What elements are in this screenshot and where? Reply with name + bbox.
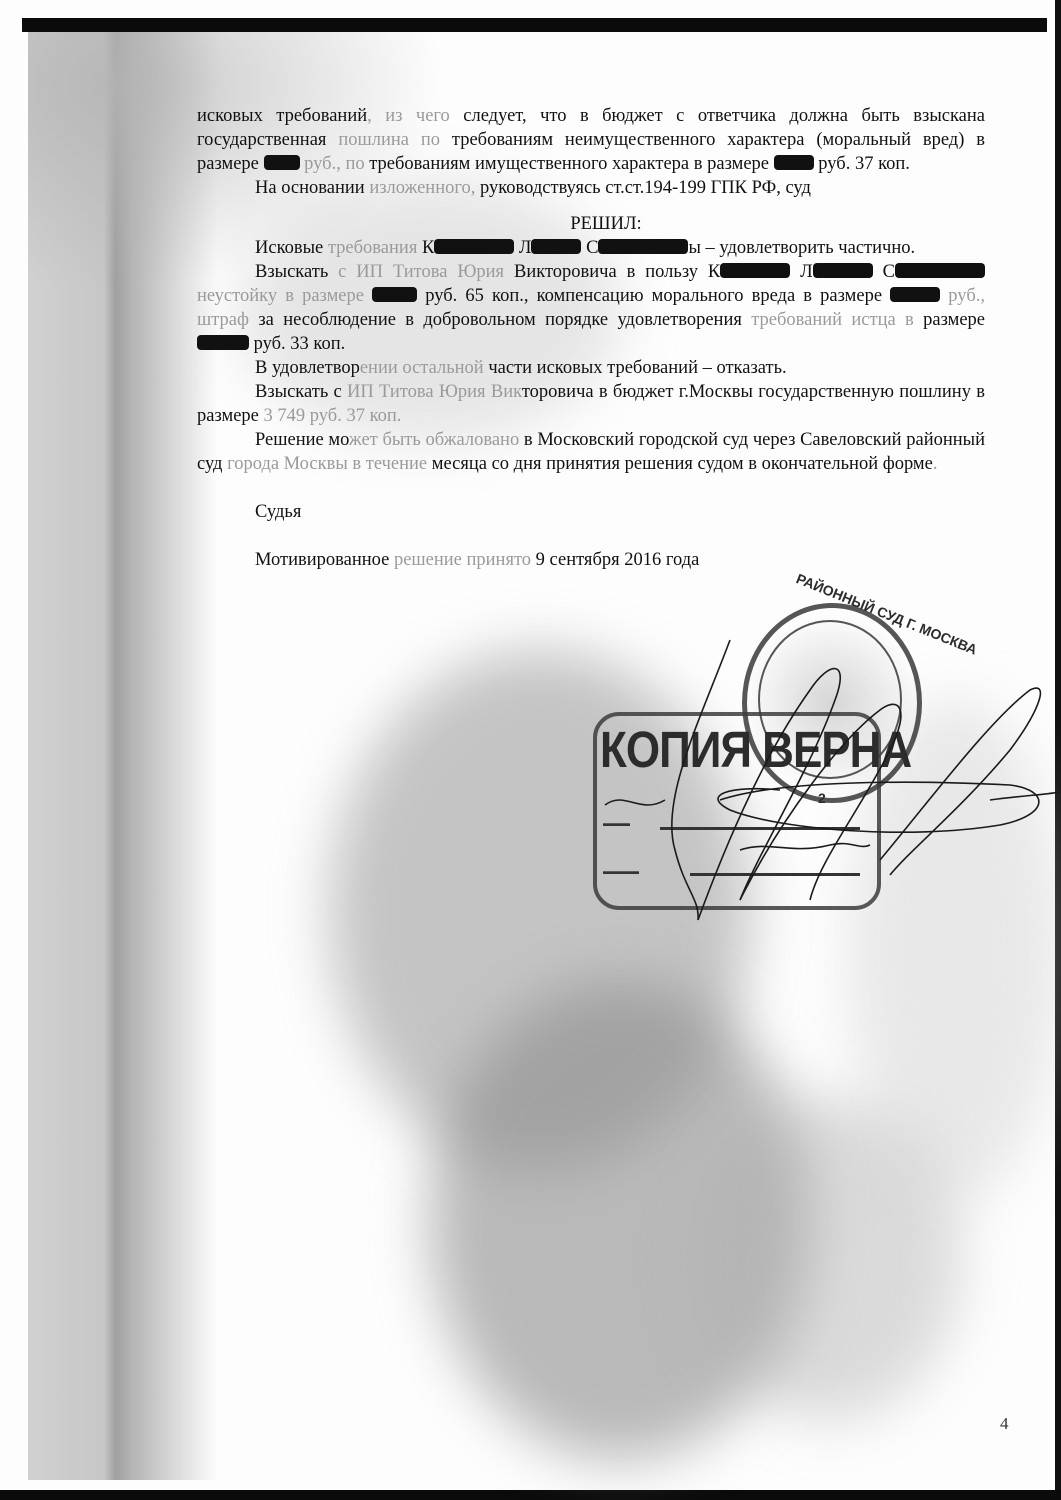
text-segment: требования <box>328 238 417 258</box>
text-segment: Л <box>790 262 812 282</box>
paragraph-basis: На основании изложенного, руководствуясь… <box>197 176 985 200</box>
text-segment: жет быть обжаловано <box>349 430 519 450</box>
text-segment: изложенного, <box>369 178 475 198</box>
motivated-decision-date: Мотивированное решение принято 9 сентябр… <box>197 548 985 572</box>
text-segment: города Москвы в течение <box>227 454 427 474</box>
text-segment: Л <box>514 238 531 258</box>
redaction-mark <box>264 155 300 170</box>
text-segment: с ИП Титова Юрия <box>338 262 504 282</box>
redaction-mark <box>197 335 249 350</box>
text-segment: 3 749 руб. 37 коп. <box>264 406 402 426</box>
text-segment: руководствуясь ст.ст.194-199 ГПК РФ, суд <box>475 178 811 198</box>
text-segment: неустойку в размере <box>197 286 372 306</box>
text-segment: 9 сентября 2016 года <box>531 550 699 570</box>
scan-border-bottom <box>0 1490 1061 1500</box>
text-segment: за несоблюдение в добровольном порядке у… <box>249 310 751 330</box>
intro-paragraphs: исковых требований, из чего следует, что… <box>197 104 985 200</box>
text-segment: Взыскать с <box>255 382 347 402</box>
paragraph-reject-rest: В удовлетворении остальной части исковых… <box>197 356 985 380</box>
text-segment: решение принято <box>394 550 531 570</box>
page-number: 4 <box>1000 1414 1009 1434</box>
paragraph-recover-plaintiff: Взыскать с ИП Титова Юрия Викторовича в … <box>197 260 985 356</box>
text-segment: исковых требований <box>197 106 367 126</box>
text-segment: руб. 33 коп. <box>249 334 345 354</box>
redaction-mark <box>531 239 581 254</box>
decision-paragraphs: Исковые требования К Л Сы – удовлетворит… <box>197 236 985 476</box>
redaction-mark <box>774 155 814 170</box>
paragraph-appeal: Решение может быть обжаловано в Московск… <box>197 428 985 476</box>
text-segment: ы – удовлетворить частично. <box>688 238 915 258</box>
scan-border-top <box>22 18 1047 32</box>
text-segment: Решение мо <box>255 430 349 450</box>
text-segment: К <box>417 238 434 258</box>
judge-label: Судья <box>197 500 985 524</box>
redaction-mark <box>895 263 985 278</box>
redaction-mark <box>372 287 417 302</box>
text-segment: . <box>933 454 938 474</box>
text-segment: руб., по <box>300 154 365 174</box>
text-segment: пошлина по <box>338 130 440 150</box>
text-segment: месяца со дня принятия решения судом в о… <box>427 454 933 474</box>
text-segment: На основании <box>255 178 369 198</box>
text-segment: ИП Титова Юрия Вик <box>347 382 522 402</box>
text-segment: ении остальной <box>360 358 489 378</box>
paragraph-claims-partial: Исковые требования К Л Сы – удовлетворит… <box>197 236 985 260</box>
redaction-mark <box>598 239 688 254</box>
text-segment: , из чего <box>367 106 463 126</box>
redaction-mark <box>434 239 514 254</box>
document-body: исковых требований, из чего следует, что… <box>197 104 985 572</box>
text-segment: Взыскать <box>255 262 338 282</box>
text-segment: руб. 37 коп. <box>814 154 910 174</box>
redaction-mark <box>813 263 873 278</box>
text-segment: требованиям имущественного характера в р… <box>365 154 774 174</box>
paragraph-recover-budget: Взыскать с ИП Титова Юрия Викторовича в … <box>197 380 985 428</box>
text-segment: Мотивированное <box>255 550 394 570</box>
text-segment: В удовлетвор <box>255 358 360 378</box>
judge-signature-icon <box>580 600 1060 930</box>
text-segment: размере <box>923 310 985 330</box>
text-segment: С <box>873 262 895 282</box>
redaction-mark <box>890 287 940 302</box>
decision-heading: РЕШИЛ: <box>197 212 985 236</box>
text-segment: С <box>581 238 598 258</box>
text-segment: руб. 65 коп., компенсацию морального вре… <box>417 286 890 306</box>
text-segment: части исковых требований – отказать. <box>488 358 786 378</box>
paragraph-state-fee: исковых требований, из чего следует, что… <box>197 104 985 176</box>
text-segment: Исковые <box>255 238 328 258</box>
text-segment: Викторовича в пользу К <box>504 262 720 282</box>
redaction-mark <box>720 263 790 278</box>
text-segment: требований истца в <box>751 310 923 330</box>
